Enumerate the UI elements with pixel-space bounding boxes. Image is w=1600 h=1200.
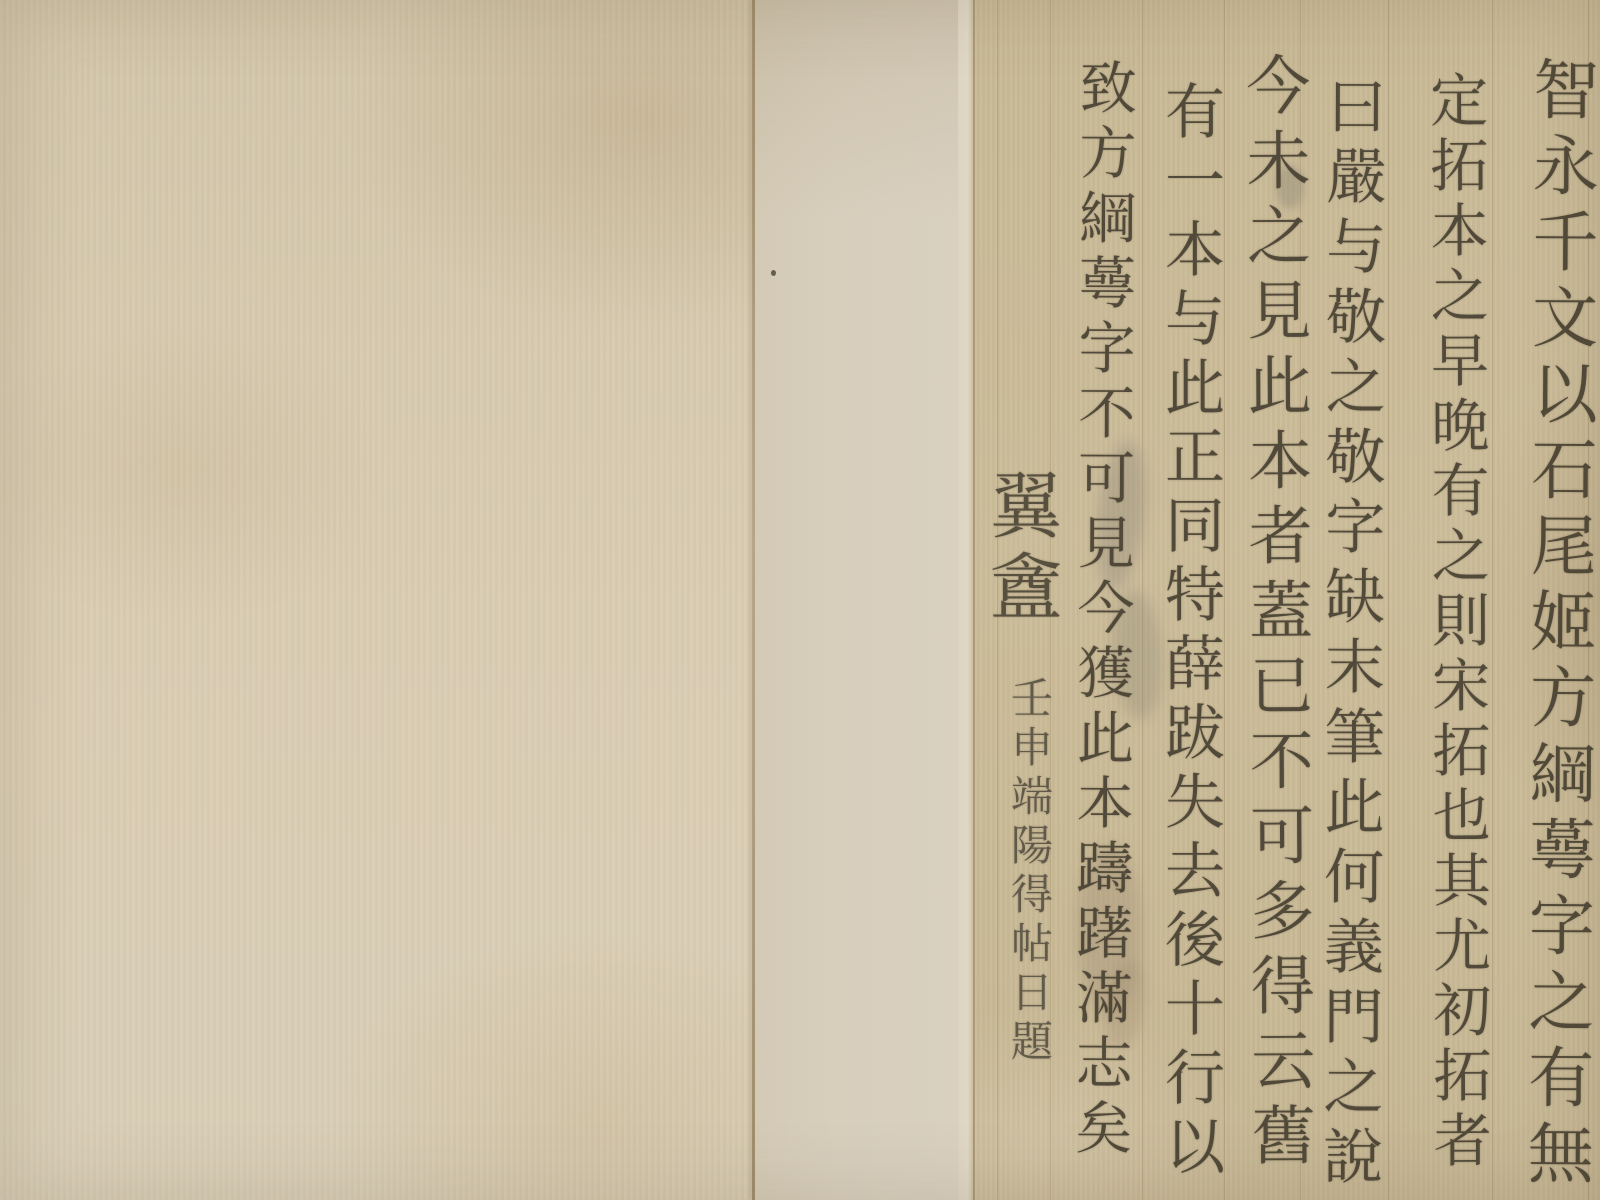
ink-speck	[771, 270, 776, 276]
left-paper-sheet	[0, 0, 756, 1200]
calligraphy-column-1: 智永千文以石尾姬方綱蕚字之有無	[1507, 55, 1600, 1195]
calligraphy-column-4: 今未之見此本者蓋已不可多得云舊	[1226, 52, 1324, 1177]
dateline-colophon: 壬申端陽得帖日題	[999, 676, 1059, 1068]
middle-paper-strip	[755, 0, 958, 1200]
calligraphy-column-2: 定拓本之早晚有之則宋拓也其尤初拓者	[1412, 70, 1500, 1175]
scanned-manuscript: 智永千文以石尾姬方綱蕚字之有無 定拓本之早晚有之則宋拓也其尤初拓者 曰嚴与敬之敬…	[0, 0, 1600, 1200]
signature-yian: 翼盦	[968, 468, 1072, 632]
calligraphy-column-5: 有一本与此正同特薛跋失去後十行以	[1147, 80, 1233, 1184]
